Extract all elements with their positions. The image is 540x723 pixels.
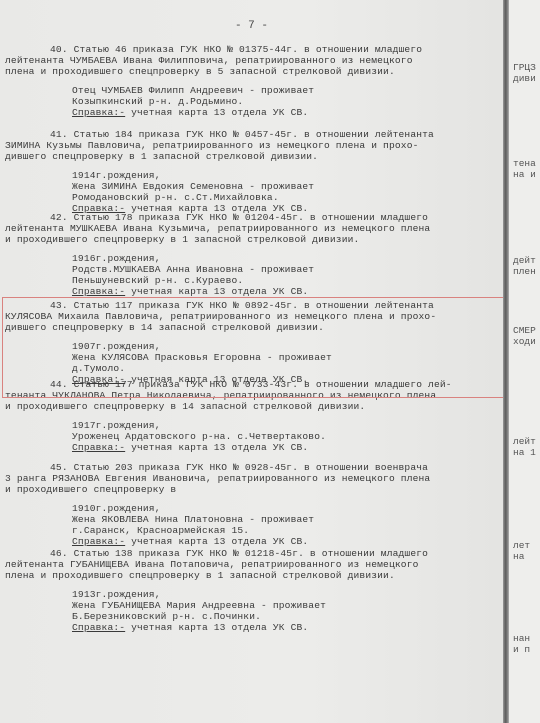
entry-text-line: лейтенанта ГУБАНИЩЕВА Ивана Потаповича, … [5,559,419,570]
entry-text-line: дившего спецпроверку в 1 запасной стрелк… [5,151,318,162]
entry-detail-line: Козыпкинский р-н. д.Родьмино. [72,96,243,107]
entry-heading-line: 40. Статью 46 приказа ГУК НКО № 01375-44… [50,44,422,55]
entry-text-line: КУЛЯСОВА Михаила Павловича, репатриирова… [5,311,436,322]
adjacent-page-text-fragment: СМЕР ходи [513,325,536,347]
entry-text-line: лейтенанта МУШКАЕВА Ивана Кузьмича, репа… [5,223,430,234]
entry-heading-line: 43. Статью 117 приказа ГУК НКО № 0892-45… [50,300,434,311]
entry-text-line: 3 ранга РЯЗАНОВА Евгения Ивановича, репа… [5,473,430,484]
entry-detail-line: Жена ЗИМИНА Евдокия Семеновна - проживае… [72,181,314,192]
adjacent-page-text-fragment: нан и п [513,633,530,655]
entry-heading-line: 46. Статью 138 приказа ГУК НКО № 01218-4… [50,548,428,559]
entry-detail-line: 1914г.рождения, [72,170,161,181]
entry-text-line: ЗИМИНА Кузьмы Павловича, репатриированно… [5,140,419,151]
entry-detail-line: 1916г.рождения, [72,253,161,264]
adjacent-page-text-fragment: тена на и [513,158,536,180]
entry-text-line: тенанта ЧУКЛАНОВА Петра Николаевича, реп… [5,390,436,401]
reference-label: Справка:- [72,622,125,633]
entry-detail-line: Уроженец Ардатовского р-на. с.Четвертако… [72,431,326,442]
reference-text: учетная карта 13 отдела УК СВ. [125,622,308,633]
document-page: - 7 - 40. Статью 46 приказа ГУК НКО № 01… [0,0,503,723]
adjacent-page-text-fragment: дейт плен [513,255,536,277]
reference-line: Справка:- учетная карта 13 отдела УК СВ. [72,536,308,547]
entry-detail-line: Жена КУЛЯСОВА Прасковья Егоровна - прожи… [72,352,332,363]
entry-heading-line: 41. Статью 184 приказа ГУК НКО № 0457-45… [50,129,434,140]
reference-label: Справка:- [72,286,125,297]
reference-label: Справка:- [72,442,125,453]
entry-heading-line: 42. Статью 178 приказа ГУК НКО № 01204-4… [50,212,428,223]
entry-text-line: дившего спецпроверку в 14 запасной стрел… [5,322,324,333]
adjacent-page-text-fragment: лейт на 1 [513,436,536,458]
reference-line: Справка:- учетная карта 13 отдела УК СВ. [72,286,308,297]
entry-detail-line: Жена ЯКОВЛЕВА Нина Платоновна - проживае… [72,514,314,525]
entry-detail-line: 1917г.рождения, [72,420,161,431]
reference-line: Справка:- учетная карта 13 отдела УК СВ. [72,442,308,453]
entry-detail-line: Жена ГУБАНИЩЕВА Мария Андреевна - прожив… [72,600,326,611]
entry-detail-line: 1907г.рождения, [72,341,161,352]
entry-detail-line: Пеньшуневский р-н. с.Кураево. [72,275,243,286]
reference-text: учетная карта 13 отдела УК СВ. [125,442,308,453]
entry-heading-line: 45. Статью 203 приказа ГУК НКО № 0928-45… [50,462,428,473]
entry-detail-line: 1913г.рождения, [72,589,161,600]
page-number: - 7 - [0,20,503,32]
adjacent-page-text-fragment: ГРЦЗ диви [513,62,536,84]
reference-label: Справка:- [72,536,125,547]
entry-text-line: плена и проходившего спецпроверку в 1 за… [5,570,395,581]
entry-text-line: и проходившего спецпроверку в 1 запасной… [5,234,359,245]
adjacent-page-text-fragment: лет на [513,540,530,562]
reference-line: Справка:- учетная карта 13 отдела УК СВ. [72,622,308,633]
reference-text: учетная карта 13 отдела УК СВ. [125,107,308,118]
entry-detail-line: 1910г.рождения, [72,503,161,514]
entry-text-line: и проходившего спецпроверку в 14 запасно… [5,401,365,412]
entry-heading-line: 44. Статью 177 приказа ГУК НКО № 0733-43… [50,379,452,390]
reference-label: Справка:- [72,107,125,118]
adjacent-page-edge: ГРЦЗ дивитена на идейт пленСМЕР ходилейт… [509,0,540,723]
entry-text-line: лейтенанта ЧУМБАЕВА Ивана Филипповича, р… [5,55,413,66]
entry-detail-line: Б.Березниковский р-н. с.Починки. [72,611,261,622]
entry-text-line: плена и проходившего спецпроверку в 5 за… [5,66,395,77]
entry-detail-line: Ромодановский р-н. с.Ст.Михайловка. [72,192,279,203]
entry-detail-line: д.Тумоло. [72,363,125,374]
entry-detail-line: г.Саранск, Красноармейская 15. [72,525,249,536]
entry-detail-line: Родств.МУШКАЕВА Анна Ивановна - проживае… [72,264,314,275]
entry-text-line: и проходившего спецпроверку в [5,484,176,495]
reference-text: учетная карта 13 отдела УК СВ. [125,286,308,297]
reference-text: учетная карта 13 отдела УК СВ. [125,536,308,547]
reference-line: Справка:- учетная карта 13 отдела УК СВ. [72,107,308,118]
entry-detail-line: Отец ЧУМБАЕВ Филипп Андреевич - проживае… [72,85,314,96]
